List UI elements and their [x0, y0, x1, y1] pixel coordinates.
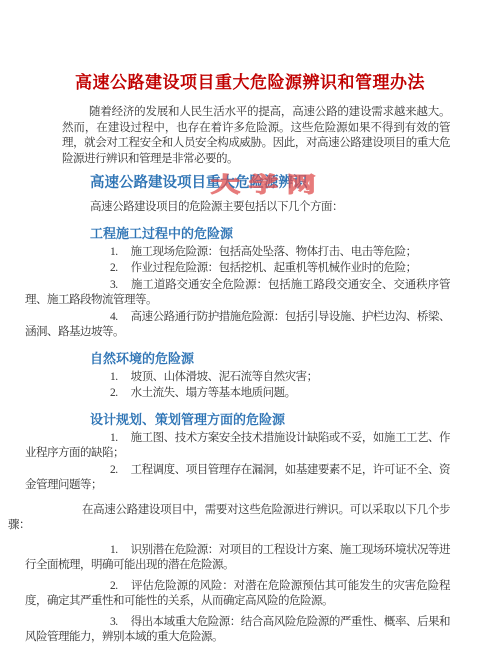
- list-item-number: 4.: [110, 311, 118, 323]
- list-item: 2.工程调度、项目管理存在漏洞，如基建要素不足，许可证不全、资金管理问题等；: [25, 463, 450, 494]
- list-item: 4.高速公路通行防护措施危险源：包括引导设施、护栏边沟、桥梁、涵洞、路基边坡等。: [25, 310, 450, 341]
- list-item: 1.施工现场危险源：包括高处坠落、物体打击、电击等危险；: [25, 245, 450, 261]
- list-item-number: 2.: [110, 580, 118, 592]
- list-item-text: 评估危险源的风险：对潜在危险源预估其可能发生的灾害危险程度，确定其严重性和可能性…: [25, 580, 450, 608]
- list-item-number: 3.: [110, 279, 118, 291]
- step-item: 3.得出本域重大危险源：结合高风险危险源的严重性、概率、后果和风险管理能力，辨别…: [25, 615, 450, 646]
- list-item: 1.坡顶、山体滑坡、泥石流等自然灾害；: [25, 370, 450, 386]
- list-item-number: 1.: [110, 246, 118, 258]
- steps-lead-paragraph: 在高速公路建设项目中，需要对这些危险源进行辨识。可以采取以下几个步骤：: [8, 503, 450, 534]
- subheading-design-planning-hazards: 设计规划、策划管理方面的危险源: [90, 411, 450, 428]
- identification-lead: 高速公路建设项目的危险源主要包括以下几个方面：: [62, 200, 450, 216]
- subheading-natural-environment-hazards: 自然环境的危险源: [90, 350, 450, 367]
- list-item-text: 施工现场危险源：包括高处坠落、物体打击、电击等危险；: [131, 246, 417, 258]
- list-item: 1.施工图、技术方案安全技术措施设计缺陷或不妥，如施工工艺、作业程序方面的缺陷；: [25, 431, 450, 462]
- steps-list: 1.识别潜在危险源：对项目的工程设计方案、施工现场环境状况等进行全面梳理，明确可…: [0, 543, 500, 646]
- list-item-text: 得出本域重大危险源：结合高风险危险源的严重性、概率、后果和风险管理能力，辨别本域…: [25, 616, 450, 644]
- step-item: 2.评估危险源的风险：对潜在危险源预估其可能发生的灾害危险程度，确定其严重性和可…: [25, 579, 450, 610]
- list-item-text: 识别潜在危险源：对项目的工程设计方案、施工现场环境状况等进行全面梳理，明确可能出…: [25, 544, 450, 572]
- list-item-text: 作业过程危险源：包括挖机、起重机等机械作业时的危险；: [131, 262, 417, 274]
- list-item-text: 高速公路通行防护措施危险源：包括引导设施、护栏边沟、桥梁、涵洞、路基边坡等。: [25, 311, 450, 339]
- list-item-number: 2.: [110, 387, 118, 399]
- list-item-number: 1.: [110, 432, 118, 444]
- document-page: 高速公路建设项目重大危险源辨识和管理办法 随着经济的发展和人民生活水平的提高，高…: [0, 0, 500, 647]
- list-item-text: 坡顶、山体滑坡、泥石流等自然灾害；: [131, 371, 318, 383]
- list-item-number: 1.: [110, 544, 118, 556]
- list-item: 2.作业过程危险源：包括挖机、起重机等机械作业时的危险；: [25, 261, 450, 277]
- subheading-construction-hazards: 工程施工过程中的危险源: [90, 225, 450, 242]
- list-item-number: 2.: [110, 262, 118, 274]
- section-heading-identification: 高速公路建设项目重大危险源辨识: [90, 174, 450, 193]
- list-item: 3.施工道路交通安全危险源：包括施工路段交通安全、交通秩序管理、施工路段物流管理…: [25, 278, 450, 309]
- list-item-number: 1.: [110, 371, 118, 383]
- step-item: 1.识别潜在危险源：对项目的工程设计方案、施工现场环境状况等进行全面梳理，明确可…: [25, 543, 450, 574]
- list-item-text: 水土流失、塌方等基本地质问题。: [131, 387, 296, 399]
- document-title: 高速公路建设项目重大危险源辨识和管理办法: [40, 71, 460, 94]
- list-item-text: 施工图、技术方案安全技术措施设计缺陷或不妥，如施工工艺、作业程序方面的缺陷；: [25, 432, 450, 460]
- list-item-text: 工程调度、项目管理存在漏洞，如基建要素不足，许可证不全、资金管理问题等；: [25, 464, 450, 492]
- list-item: 2.水土流失、塌方等基本地质问题。: [25, 386, 450, 402]
- list-item-number: 3.: [110, 616, 118, 628]
- list-item-number: 2.: [110, 464, 118, 476]
- list-item-text: 施工道路交通安全危险源：包括施工路段交通安全、交通秩序管理、施工路段物流管理等。: [25, 279, 450, 307]
- intro-paragraph: 随着经济的发展和人民生活水平的提高，高速公路的建设需求越来越大。然而，在建设过程…: [62, 105, 450, 167]
